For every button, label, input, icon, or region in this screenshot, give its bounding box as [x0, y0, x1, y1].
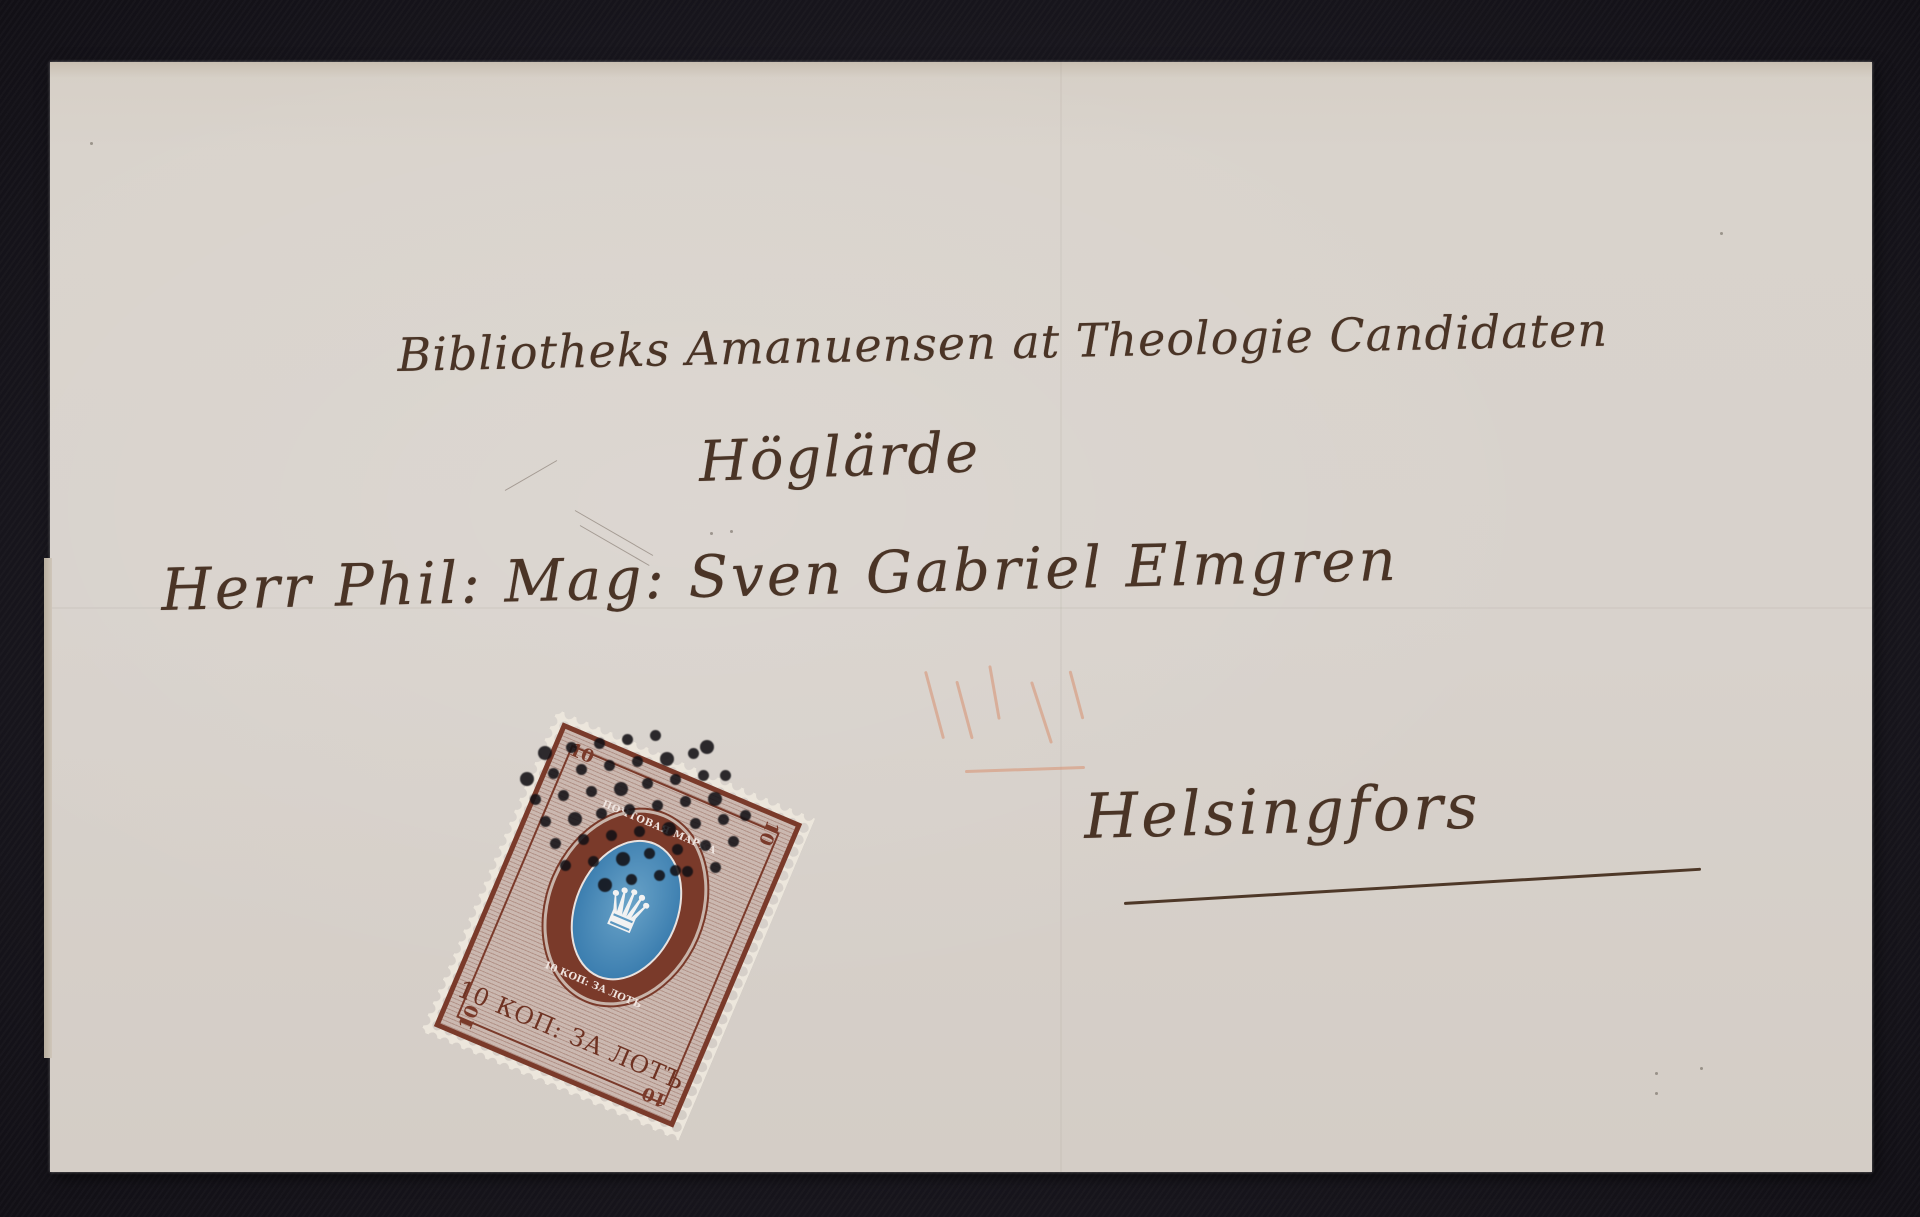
- address-line-honorific: Höglärde: [698, 420, 982, 495]
- paper-speck: [1700, 1067, 1703, 1070]
- paper-left-flap: [44, 558, 52, 1058]
- red-postmark: [905, 660, 1135, 775]
- paper-speck: [710, 532, 713, 535]
- paper-speck: [1655, 1072, 1658, 1075]
- photo-scene: Bibliotheks Amanuensen at Theologie Cand…: [0, 0, 1920, 1217]
- fold-line: [1060, 62, 1062, 1172]
- address-line-city: Helsingfors: [1083, 770, 1481, 853]
- paper-speck: [1720, 232, 1723, 235]
- paper-speck: [90, 142, 93, 145]
- paper-speck: [730, 530, 733, 533]
- double-headed-eagle-icon: ♛: [591, 873, 662, 947]
- paper-top-edge: [50, 62, 1872, 78]
- paper-speck: [1655, 1092, 1658, 1095]
